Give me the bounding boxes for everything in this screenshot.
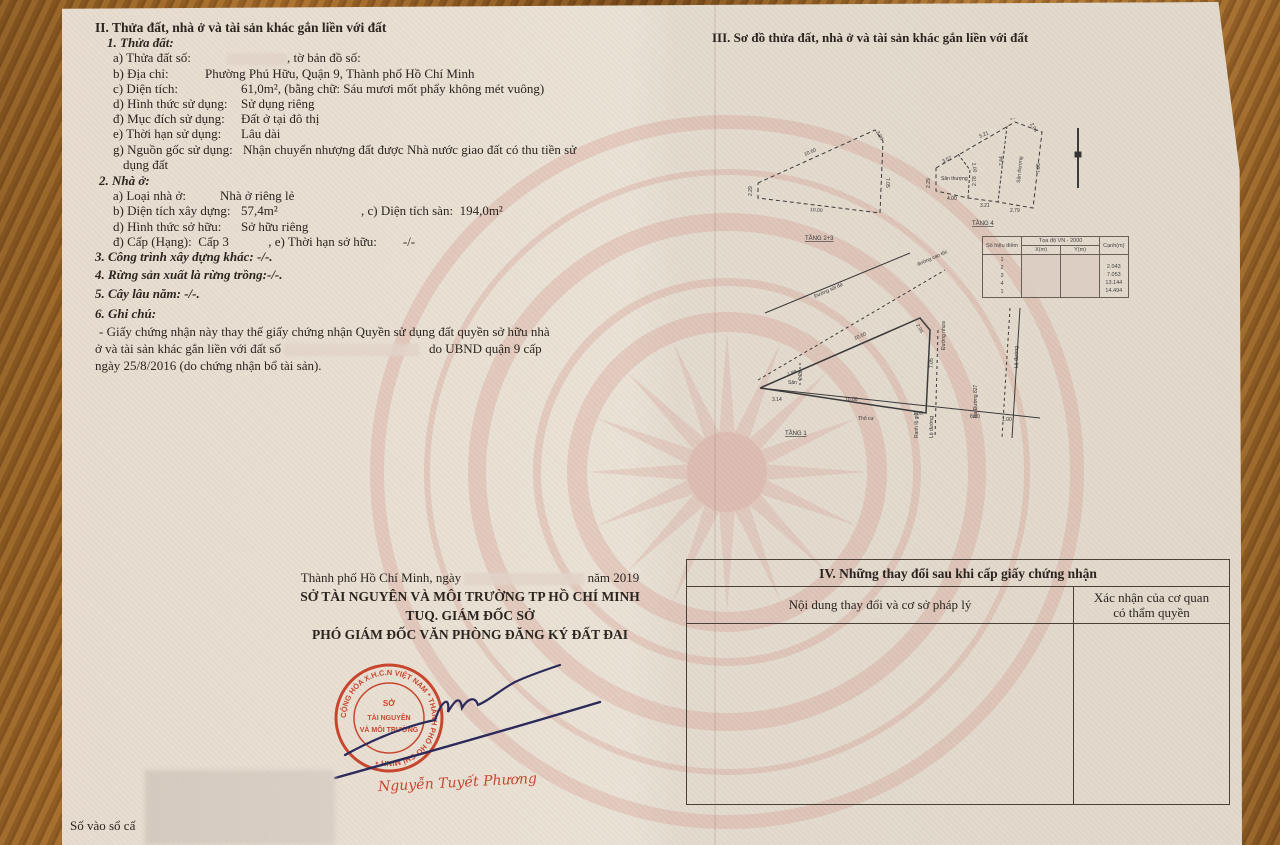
handwritten-signature-icon <box>330 660 610 780</box>
changes-content-cell <box>687 624 1074 804</box>
svg-text:Lộ đường: Lộ đường <box>1014 346 1020 368</box>
left-page-content: II. Thửa đất, nhà ở và tài sản khác gắn … <box>95 20 576 373</box>
grade-value: Cấp 3 <box>198 234 268 249</box>
svg-text:10.60: 10.60 <box>853 331 867 342</box>
svg-text:1.82: 1.82 <box>1009 118 1020 122</box>
svg-text:TẦNG 4: TẦNG 4 <box>972 220 994 227</box>
svg-text:2.78: 2.78 <box>972 176 978 186</box>
svg-text:3.57: 3.57 <box>941 155 953 165</box>
land-item: a) Thửa đất số:, tờ bản đồ số: <box>95 50 576 65</box>
notes-line-2: ở và tài sản khác gắn liền với đất số do… <box>95 341 576 356</box>
svg-text:Ra Đường 827: Ra Đường 827 <box>973 384 979 418</box>
registry-number-label: Số vào sổ cấ <box>70 818 135 834</box>
section-ii-title: II. Thửa đất, nhà ở và tài sản khác gắn … <box>95 20 576 35</box>
issuing-agency: SỞ TÀI NGUYÊN VÀ MÔI TRƯỜNG TP HỒ CHÍ MI… <box>270 587 670 606</box>
floor-area-value: 194,0m² <box>460 203 503 218</box>
svg-text:TẦNG 1: TẦNG 1 <box>785 430 807 437</box>
svg-text:10.60: 10.60 <box>803 147 817 158</box>
svg-text:Ranh lộ giới: Ranh lộ giới <box>914 411 920 438</box>
svg-text:7.44: 7.44 <box>999 156 1005 166</box>
production-forest: 4. Rừng sản xuất là rừng trồng:-/-. <box>95 267 576 282</box>
changes-col-confirmation: Xác nhận của cơ quancó thẩm quyền <box>1074 587 1229 623</box>
svg-text:10.00: 10.00 <box>845 397 858 403</box>
perennial-trees: 5. Cây lâu năm: -/-. <box>95 286 576 301</box>
build-area-value: 57,4m² <box>241 203 361 218</box>
svg-text:2.04: 2.04 <box>874 130 884 142</box>
house-heading: 2. Nhà ở: <box>95 173 576 188</box>
svg-text:Đường sỏi đá: Đường sỏi đá <box>813 281 844 300</box>
svg-text:7.05: 7.05 <box>929 358 935 368</box>
svg-text:TẦNG 2+3: TẦNG 2+3 <box>805 235 834 242</box>
svg-text:Sân thượng: Sân thượng <box>941 176 968 182</box>
land-item: g) Nguồn gốc sử dụng:Nhận chuyển nhượng … <box>95 142 576 157</box>
svg-text:5.21: 5.21 <box>978 130 990 140</box>
redacted-date <box>464 573 584 585</box>
house-type-value: Nhà ở riêng lẻ <box>220 188 294 203</box>
signer-title-1: TUQ. GIÁM ĐỐC SỞ <box>270 606 670 625</box>
svg-text:2.29: 2.29 <box>748 186 754 196</box>
svg-text:2.79: 2.79 <box>1010 208 1020 214</box>
place-date: Thành phố Hồ Chí Minh, ngày năm 2019 <box>270 568 670 587</box>
svg-text:4.00: 4.00 <box>947 196 957 202</box>
house-type-row: a) Loại nhà ở:Nhà ở riêng lẻ <box>95 188 576 203</box>
other-construction: 3. Công trình xây dựng khác: -/-. <box>95 249 576 264</box>
svg-text:3.14: 3.14 <box>772 397 782 403</box>
svg-text:2.29: 2.29 <box>926 178 932 188</box>
land-item: e) Thời hạn sử dụng:Lâu dài <box>95 126 576 141</box>
notes-line-1: - Giấy chứng nhận này thay thế giấy chứn… <box>95 324 576 339</box>
redacted-footer <box>145 770 335 845</box>
svg-text:đường cao tốc: đường cao tốc <box>916 249 949 268</box>
signer-title-2: PHÓ GIÁM ĐỐC VĂN PHÒNG ĐĂNG KÝ ĐẤT ĐAI <box>270 625 670 644</box>
svg-text:7.05: 7.05 <box>1036 163 1042 173</box>
changes-table: IV. Những thay đổi sau khi cấp giấy chứn… <box>686 559 1230 805</box>
svg-text:3.21: 3.21 <box>980 203 990 209</box>
svg-text:2.04: 2.04 <box>914 323 924 335</box>
grade-row: đ) Cấp (Hạng): Cấp 3, e) Thời hạn sở hữu… <box>95 234 576 249</box>
notes-line-3: ngày 25/8/2016 (do chứng nhận bổ tài sản… <box>95 358 576 373</box>
svg-text:Đường nhựa: Đường nhựa <box>941 321 947 350</box>
redacted-plot-number <box>227 53 287 65</box>
land-heading: 1. Thửa đất: <box>95 35 576 50</box>
changes-title: IV. Những thay đổi sau khi cấp giấy chứn… <box>687 560 1229 587</box>
changes-col-content: Nội dung thay đổi và cơ sở pháp lý <box>687 587 1074 623</box>
notes-heading: 6. Ghi chú: <box>95 306 576 321</box>
house-area-row: b) Diện tích xây dựng:57,4m², c) Diện tí… <box>95 203 576 218</box>
land-items: a) Thửa đất số:, tờ bản đồ số:b) Địa chỉ… <box>95 50 576 172</box>
coordinate-table: Số hiệu điểm Tọa độ VN - 2000 Cạnh(m) X(… <box>982 236 1129 298</box>
svg-text:Lộ đường: Lộ đường <box>929 416 935 438</box>
svg-text:7.05: 7.05 <box>884 178 890 188</box>
land-item: đ) Mục đích sử dụng:Đất ở tại đô thị <box>95 111 576 126</box>
land-item: b) Địa chỉ:Phường Phú Hữu, Quận 9, Thành… <box>95 66 576 81</box>
svg-text:2.29: 2.29 <box>798 370 804 380</box>
redacted-certificate-number <box>284 344 419 356</box>
issue-year: năm 2019 <box>588 570 640 585</box>
svg-text:Sân: Sân <box>788 380 797 386</box>
svg-text:2.00: 2.00 <box>970 162 978 173</box>
svg-text:Sân thượng: Sân thượng <box>1016 156 1024 183</box>
svg-text:1.00: 1.00 <box>1002 417 1012 423</box>
signature-block: Thành phố Hồ Chí Minh, ngày năm 2019 SỞ … <box>270 568 670 644</box>
land-item: c) Diện tích:61,0m², (bằng chữ: Sáu mươi… <box>95 81 576 96</box>
section-iii-title: III. Sơ đồ thửa đất, nhà ở và tài sản kh… <box>712 30 1028 46</box>
land-item: d) Hình thức sử dụng:Sử dụng riêng <box>95 96 576 111</box>
svg-text:1.89: 1.89 <box>787 369 798 378</box>
ownership-row: d) Hình thức sở hữu:Sở hữu riêng <box>95 219 576 234</box>
svg-text:10.00: 10.00 <box>810 207 823 214</box>
ownership-value: Sở hữu riêng <box>241 219 308 234</box>
changes-confirmation-cell <box>1074 624 1229 804</box>
svg-text:Thổ cư: Thổ cư <box>858 415 875 422</box>
